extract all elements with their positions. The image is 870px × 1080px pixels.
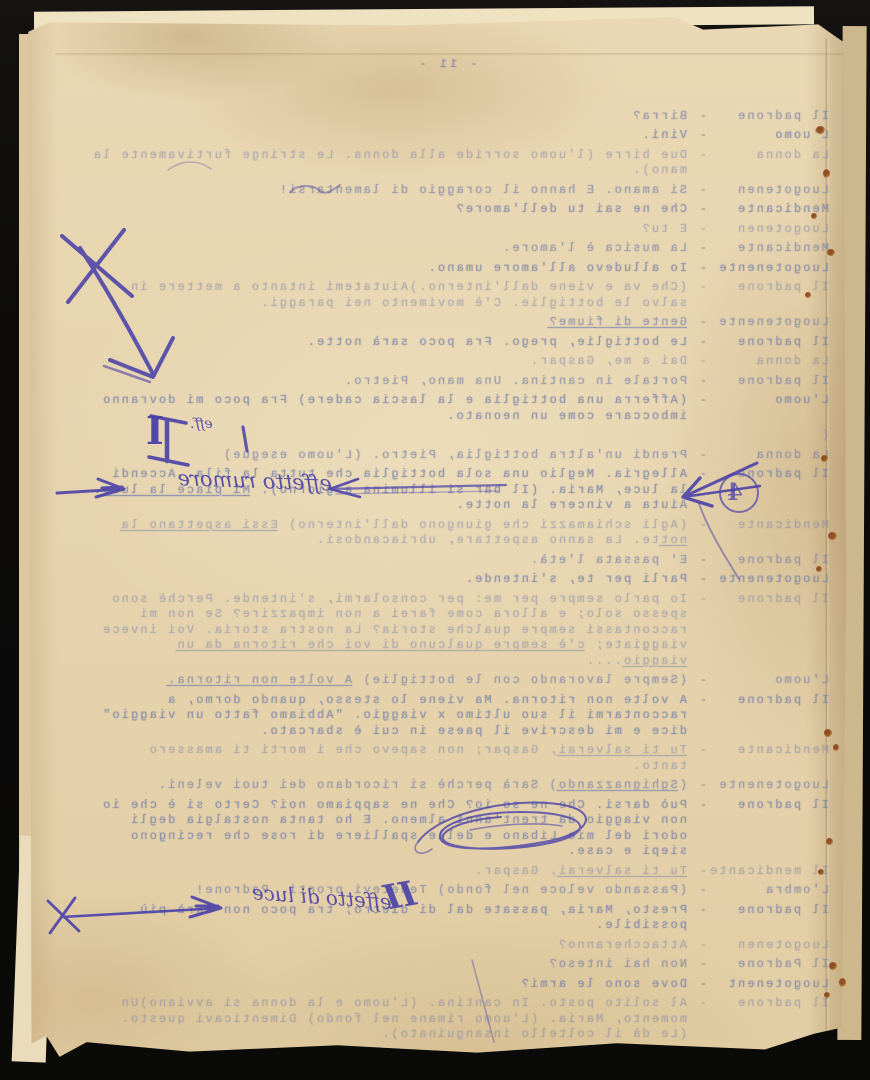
speaker-name: Il padrone: [707, 374, 829, 390]
script-line: Mendicante-Tu ti salverai, Gaspar; non s…: [65, 743, 829, 774]
script-line: Mendicante-La musica è l'amore.: [65, 241, 829, 257]
speaker-dash: -: [687, 673, 707, 689]
speaker-name: La donna: [707, 448, 829, 464]
speaker-name: Luogotenen: [707, 938, 829, 954]
speaker-dash: -: [687, 467, 707, 483]
speaker-name: Il padrone: [707, 467, 829, 483]
script-body: Il padrone-Birra?L'uomo-Vini.La donna-Du…: [65, 109, 829, 1043]
dialogue-text: (Afferra una bottiglia e la lascia cader…: [91, 393, 687, 424]
dialogue-text: Può darsi. Che ne so io? Che ne sappiamo…: [91, 798, 687, 860]
script-line: Luogotenente-(Sghignazzando) Sarà perchè…: [65, 778, 829, 794]
dialogue-text: Dove sono le armi?: [91, 977, 687, 993]
script-line: La donna-Due birre (l'uomo sorride alla …: [65, 148, 829, 179]
speaker-dash: -: [687, 183, 707, 199]
script-line: Luogotenente-Io alludevo all'amore umano…: [65, 261, 829, 277]
speaker-dash: -: [687, 798, 707, 814]
speaker-name: La donna: [707, 354, 829, 370]
speaker-dash: -: [687, 938, 707, 954]
speaker-dash: -: [687, 957, 707, 973]
dialogue-text: Che ne sai tu dell'amore?: [91, 202, 687, 218]
script-line: (: [65, 428, 829, 444]
speaker-dash: -: [687, 109, 707, 125]
dialogue-text: Tu ti salverai, Gaspar; non sapevo che i…: [91, 743, 687, 774]
speaker-dash: -: [687, 778, 707, 794]
speaker-name: L'uomo: [707, 128, 829, 144]
dialogue-text: (Agli schiamazzi che giungono dall'inter…: [91, 518, 687, 549]
script-line: La donna-Prendi un'altra bottiglia, Piet…: [65, 448, 829, 464]
speaker-name: L'uomo: [707, 393, 829, 409]
dialogue-text: Dai a me, Gaspar.: [91, 354, 687, 370]
speaker-name: Luogotenen: [707, 183, 829, 199]
script-line: Luogotenente-Gente di fiume?: [65, 315, 829, 331]
dialogue-text: E tu?: [91, 222, 687, 238]
scan-background: - 11 - Il padrone-Birra?L'uomo-Vini.La d…: [0, 0, 870, 1080]
speaker-dash: -: [687, 148, 707, 164]
script-line: Luogotenente-Parli per te, s'intende.: [65, 572, 829, 588]
handwritten-circled-four: 4: [727, 479, 743, 506]
speaker-dash: -: [687, 592, 707, 608]
speaker-dash: -: [687, 374, 707, 390]
dialogue-text: Non hai inteso?: [91, 957, 687, 973]
speaker-name: Il padrone: [707, 693, 829, 709]
speaker-dash: -: [687, 518, 707, 534]
speaker-name: (: [707, 428, 829, 444]
script-line: Il padrone-Io parlo sempre per me: per c…: [65, 592, 829, 670]
page-number: - 11 -: [65, 57, 829, 73]
script-line: L'ombra-(Passando veloce nel fondo) Tene…: [65, 883, 829, 899]
script-line: L'uomo-Vini.: [65, 128, 829, 144]
script-line: Il padrone-Presto, Maria, passate dal di…: [65, 903, 829, 934]
speaker-dash: -: [687, 977, 707, 993]
dialogue-text: A volte non ritorna. Ma viene lo stesso,…: [91, 693, 687, 740]
speaker-name: Mendicante: [707, 518, 829, 534]
speaker-name: Il Padrone: [707, 957, 829, 973]
speaker-name: Il padrone: [707, 592, 829, 608]
speaker-name: Il padrone: [707, 553, 829, 569]
script-line: Il Padrone-Non hai inteso?: [65, 957, 829, 973]
dialogue-text: Al solito posto. In cantina. (L'uomo e l…: [91, 996, 687, 1043]
speaker-name: La donna: [707, 148, 829, 164]
speaker-name: Il padrone: [707, 798, 829, 814]
speaker-dash: -: [687, 572, 707, 588]
speaker-dash: -: [687, 743, 707, 759]
dialogue-text: Gente di fiume?: [91, 315, 687, 331]
speaker-dash: -: [687, 903, 707, 919]
speaker-dash: -: [687, 222, 707, 238]
speaker-dash: -: [687, 864, 707, 880]
speaker-dash: -: [687, 202, 707, 218]
handwritten-note-eff: eff.: [190, 416, 213, 432]
speaker-name: Luogotenente: [707, 261, 829, 277]
dialogue-text: E' passata l'età.: [91, 553, 687, 569]
speaker-dash: -: [687, 354, 707, 370]
script-line: Luogotenen-Attaccheranno?: [65, 938, 829, 954]
speaker-name: Mendicante: [707, 743, 829, 759]
speaker-dash: -: [687, 261, 707, 277]
dialogue-text: Io parlo sempre per me: per consolarmi, …: [91, 592, 687, 670]
dialogue-text: (Sghignazzando) Sarà perchè si ricordano…: [91, 778, 687, 794]
speaker-name: Luogotenen: [707, 222, 829, 238]
script-line: Il padrone-A volte non ritorna. Ma viene…: [65, 693, 829, 740]
speaker-name: Luogotenent: [707, 977, 829, 993]
dialogue-text: (Che va e viene dall'interno.)Aiutatemi …: [91, 280, 687, 311]
script-line: Mendicante-(Agli schiamazzi che giungono…: [65, 518, 829, 549]
script-line: Il padrone-(Che va e viene dall'interno.…: [65, 280, 829, 311]
scanned-page: - 11 - Il padrone-Birra?L'uomo-Vini.La d…: [25, 15, 847, 1061]
speaker-name: Il padrone: [707, 109, 829, 125]
speaker-dash: -: [687, 280, 707, 296]
dialogue-text: Prendi un'altra bottiglia, Pietro. (L'uo…: [91, 448, 687, 464]
script-line: L'uomo-(Afferra una bottiglia e la lasci…: [65, 393, 829, 424]
script-line: Il mendicante-Tu ti salverai, Gaspar.: [65, 864, 829, 880]
script-line: Il padrone-E' passata l'età.: [65, 553, 829, 569]
script-line: Il padrone-Può darsi. Che ne so io? Che …: [65, 798, 829, 860]
speaker-dash: -: [687, 315, 707, 331]
dialogue-text: Vini.: [91, 128, 687, 144]
script-line: Il padrone-Al solito posto. In cantina. …: [65, 996, 829, 1043]
speaker-name: Il padrone: [707, 903, 829, 919]
speaker-dash: -: [687, 553, 707, 569]
speaker-name: Il padrone: [707, 996, 829, 1012]
script-line: Luogotenent-Dove sono le armi?: [65, 977, 829, 993]
dialogue-text: Parli per te, s'intende.: [91, 572, 687, 588]
script-line: Luogotenen-E tu?: [65, 222, 829, 238]
speaker-name: Il padrone: [707, 335, 829, 351]
speaker-dash: -: [687, 883, 707, 899]
dialogue-text: (Sempre lavorando con le bottiglie) A vo…: [91, 673, 687, 689]
script-line: Il padrone-Le bottiglie, prego. Fra poco…: [65, 335, 829, 351]
script-line: La donna-Dai a me, Gaspar.: [65, 354, 829, 370]
dialogue-text: Birra?: [91, 109, 687, 125]
dialogue-text: Portale in cantina. Una mano, Pietro.: [91, 374, 687, 390]
speaker-name: Il mendicante: [707, 864, 829, 880]
speaker-name: Luogotenente: [707, 778, 829, 794]
speaker-dash: -: [687, 693, 707, 709]
dialogue-text: Io alludevo all'amore umano.: [91, 261, 687, 277]
speaker-name: L'ombra: [707, 883, 829, 899]
speaker-dash: -: [687, 128, 707, 144]
typed-text-layer: - 11 - Il padrone-Birra?L'uomo-Vini.La d…: [65, 57, 829, 1047]
dialogue-text: Attaccheranno?: [91, 938, 687, 954]
speaker-dash: -: [687, 393, 707, 409]
speaker-name: Luogotenente: [707, 572, 829, 588]
dialogue-text: La musica è l'amore.: [91, 241, 687, 257]
speaker-dash: -: [687, 448, 707, 464]
script-line: Il padrone-Birra?: [65, 109, 829, 125]
script-line: Il padrone-Portale in cantina. Una mano,…: [65, 374, 829, 390]
speaker-dash: -: [687, 241, 707, 257]
script-line: Luogotenen-Si amano. E hanno il coraggio…: [65, 183, 829, 199]
handwritten-roman-one: I: [146, 408, 164, 453]
speaker-name: L'uomo: [707, 673, 829, 689]
speaker-name: Luogotenente: [707, 315, 829, 331]
horizontal-crease: [55, 53, 855, 56]
dialogue-text: Due birre (l'uomo sorride alla donna. Le…: [91, 148, 687, 179]
dialogue-text: Le bottiglie, prego. Fra poco sarà notte…: [91, 335, 687, 351]
dialogue-text: Si amano. E hanno il coraggio di lamenta…: [91, 183, 687, 199]
speaker-dash: -: [687, 335, 707, 351]
speaker-name: Mendicante: [707, 241, 829, 257]
script-line: L'uomo-(Sempre lavorando con le bottigli…: [65, 673, 829, 689]
speaker-dash: -: [687, 996, 707, 1012]
script-line: Mendicante-Che ne sai tu dell'amore?: [65, 202, 829, 218]
